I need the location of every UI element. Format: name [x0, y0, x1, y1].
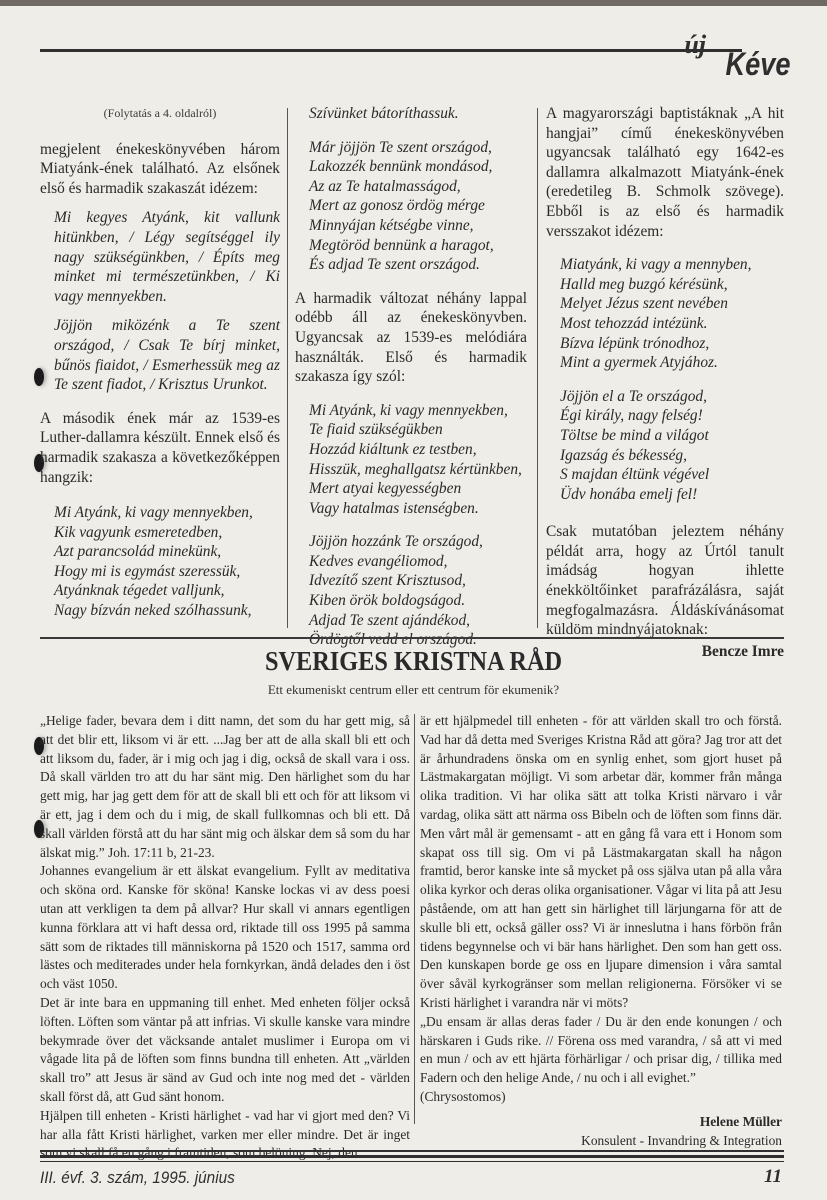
scan-top-edge: [0, 0, 827, 6]
hu-paragraph: A magyarországi baptistáknak „A hit hang…: [546, 104, 784, 241]
poem-line: Mint a gyermek Atyjához.: [560, 353, 784, 373]
poem-line: Mi Atyánk, ki vagy mennyekben,: [309, 401, 527, 421]
poem-line: Most tehozzád intézünk.: [560, 314, 784, 334]
hu-paragraph: Csak mutatóban jeleztem néhány példát ar…: [546, 522, 784, 640]
hu-quote: Jöjjön miközénk a Te szent országod, / C…: [40, 316, 280, 394]
poem-line: Idvezítő szent Krisztusod,: [309, 571, 527, 591]
poem-line: Halld meg buzgó kérésünk,: [560, 275, 784, 295]
poem-line: Lakozzék bennünk mondásod,: [309, 157, 527, 177]
poem-line: Hogy mi is egymást szeressük,: [54, 562, 280, 582]
column-divider: [414, 714, 415, 1124]
page-number: 11: [764, 1166, 782, 1188]
poem-line: Adjad Te szent ajándékod,: [309, 611, 527, 631]
hu-paragraph: megjelent énekeskönyvében három Miatyánk…: [40, 140, 280, 199]
sv-quote: „Du ensam är allas deras fader / Du är d…: [420, 1013, 782, 1088]
issue-info: III. évf. 3. szám, 1995. június: [40, 1168, 235, 1188]
hu-poem: Már jöjjön Te szent országod, Lakozzék b…: [295, 138, 527, 275]
hu-poem: Szívünket bátoríthassuk.: [295, 104, 527, 124]
hu-poem: Mi Atyánk, ki vagy mennyekben, Kik vagyu…: [40, 503, 280, 621]
poem-line: Szívünket bátoríthassuk.: [309, 104, 527, 124]
hu-column-3: A magyarországi baptistáknak „A hit hang…: [546, 104, 784, 661]
poem-line: És adjad Te szent országod.: [309, 255, 527, 275]
poem-line: Üdv honába emelj fel!: [560, 485, 784, 505]
hu-paragraph: A második ének már az 1539-es Luther-dal…: [40, 409, 280, 487]
poem-line: Atyánknak tégedet valljunk,: [54, 581, 280, 601]
article-headline: SVERIGES KRISTNA RÅD: [41, 646, 785, 677]
hu-quote: Mi kegyes Atyánk, kit vallunk hitünkben,…: [40, 208, 280, 306]
hu-poem: Mi Atyánk, ki vagy mennyekben, Te fiaid …: [295, 401, 527, 519]
poem-line: Mi Atyánk, ki vagy mennyekben,: [54, 503, 280, 523]
author-role: Konsulent - Invandring & Integration: [420, 1132, 782, 1151]
hu-column-2: Szívünket bátoríthassuk. Már jöjjön Te s…: [295, 104, 527, 650]
author-signature: Helene Müller: [420, 1113, 782, 1132]
column-divider: [287, 108, 288, 628]
logo-uj: új: [684, 30, 706, 60]
sv-quote-source: (Chrysostomos): [420, 1088, 782, 1107]
poem-line: Jöjjön el a Te országod,: [560, 387, 784, 407]
sv-paragraph: är ett hjälpmedel till enheten - för att…: [420, 712, 782, 1013]
logo-keve: Kéve: [725, 46, 790, 83]
poem-line: Bízva lépünk trónodhoz,: [560, 334, 784, 354]
footer-rule: [40, 1155, 784, 1158]
poem-line: Miatyánk, ki vagy a mennyben,: [560, 255, 784, 275]
hu-poem: Jöjjön hozzánk Te országod, Kedves evang…: [295, 532, 527, 650]
poem-line: Jöjjön hozzánk Te országod,: [309, 532, 527, 552]
poem-line: Igazság és békesség,: [560, 446, 784, 466]
poem-line: Már jöjjön Te szent országod,: [309, 138, 527, 158]
poem-line: Vagy hatalmas istenségben.: [309, 499, 527, 519]
sv-column-2: är ett hjälpmedel till enheten - för att…: [420, 712, 782, 1150]
masthead-logo: új Kéve: [412, 28, 792, 80]
poem-line: Melyet Jézus szent nevében: [560, 294, 784, 314]
poem-line: Töltse be mind a világot: [560, 426, 784, 446]
poem-line: Hisszük, meghallgatsz kértünkben,: [309, 460, 527, 480]
poem-line: Kiben örök boldogságod.: [309, 591, 527, 611]
section-rule: [40, 637, 784, 639]
poem-line: Mert az gonosz ördög mérge: [309, 196, 527, 216]
sv-column-1: „Helige fader, bevara dem i ditt namn, d…: [40, 712, 410, 1163]
poem-line: Nagy bízván neked szólhassunk,: [54, 601, 280, 621]
article-subtitle: Ett ekumeniskt centrum eller ett centrum…: [0, 682, 827, 698]
sv-paragraph: Det är inte bara en uppmaning till enhet…: [40, 994, 410, 1107]
poem-line: Minnyájan kétségbe vinne,: [309, 216, 527, 236]
hu-poem: Miatyánk, ki vagy a mennyben, Halld meg …: [546, 255, 784, 373]
sv-paragraph: „Helige fader, bevara dem i ditt namn, d…: [40, 712, 410, 862]
poem-line: Égi király, nagy felség!: [560, 406, 784, 426]
poem-line: Mert atyai kegyességben: [309, 479, 527, 499]
footer-rule: [40, 1161, 784, 1162]
hu-poem: Jöjjön el a Te országod, Égi király, nag…: [546, 387, 784, 505]
poem-line: Te fiaid szükségükben: [309, 420, 527, 440]
poem-line: Hozzád kiáltunk ez testben,: [309, 440, 527, 460]
sv-paragraph: Johannes evangelium är ett älskat evange…: [40, 862, 410, 994]
continuation-note: (Folytatás a 4. oldalról): [40, 104, 280, 124]
poem-line: S majdan éltünk végével: [560, 465, 784, 485]
poem-line: Azt parancsolád minekünk,: [54, 542, 280, 562]
footer-rule: [40, 1150, 784, 1152]
poem-line: Megtöröd bennünk a haragot,: [309, 236, 527, 256]
column-divider: [537, 108, 538, 628]
poem-line: Kedves evangéliomod,: [309, 552, 527, 572]
header-rule: [40, 49, 412, 52]
hu-paragraph: A harmadik változat néhány lappal odébb …: [295, 289, 527, 387]
hu-column-1: (Folytatás a 4. oldalról) megjelent ének…: [40, 104, 280, 621]
poem-line: Az az Te hatalmasságod,: [309, 177, 527, 197]
poem-line: Kik vagyunk esmeretedben,: [54, 523, 280, 543]
